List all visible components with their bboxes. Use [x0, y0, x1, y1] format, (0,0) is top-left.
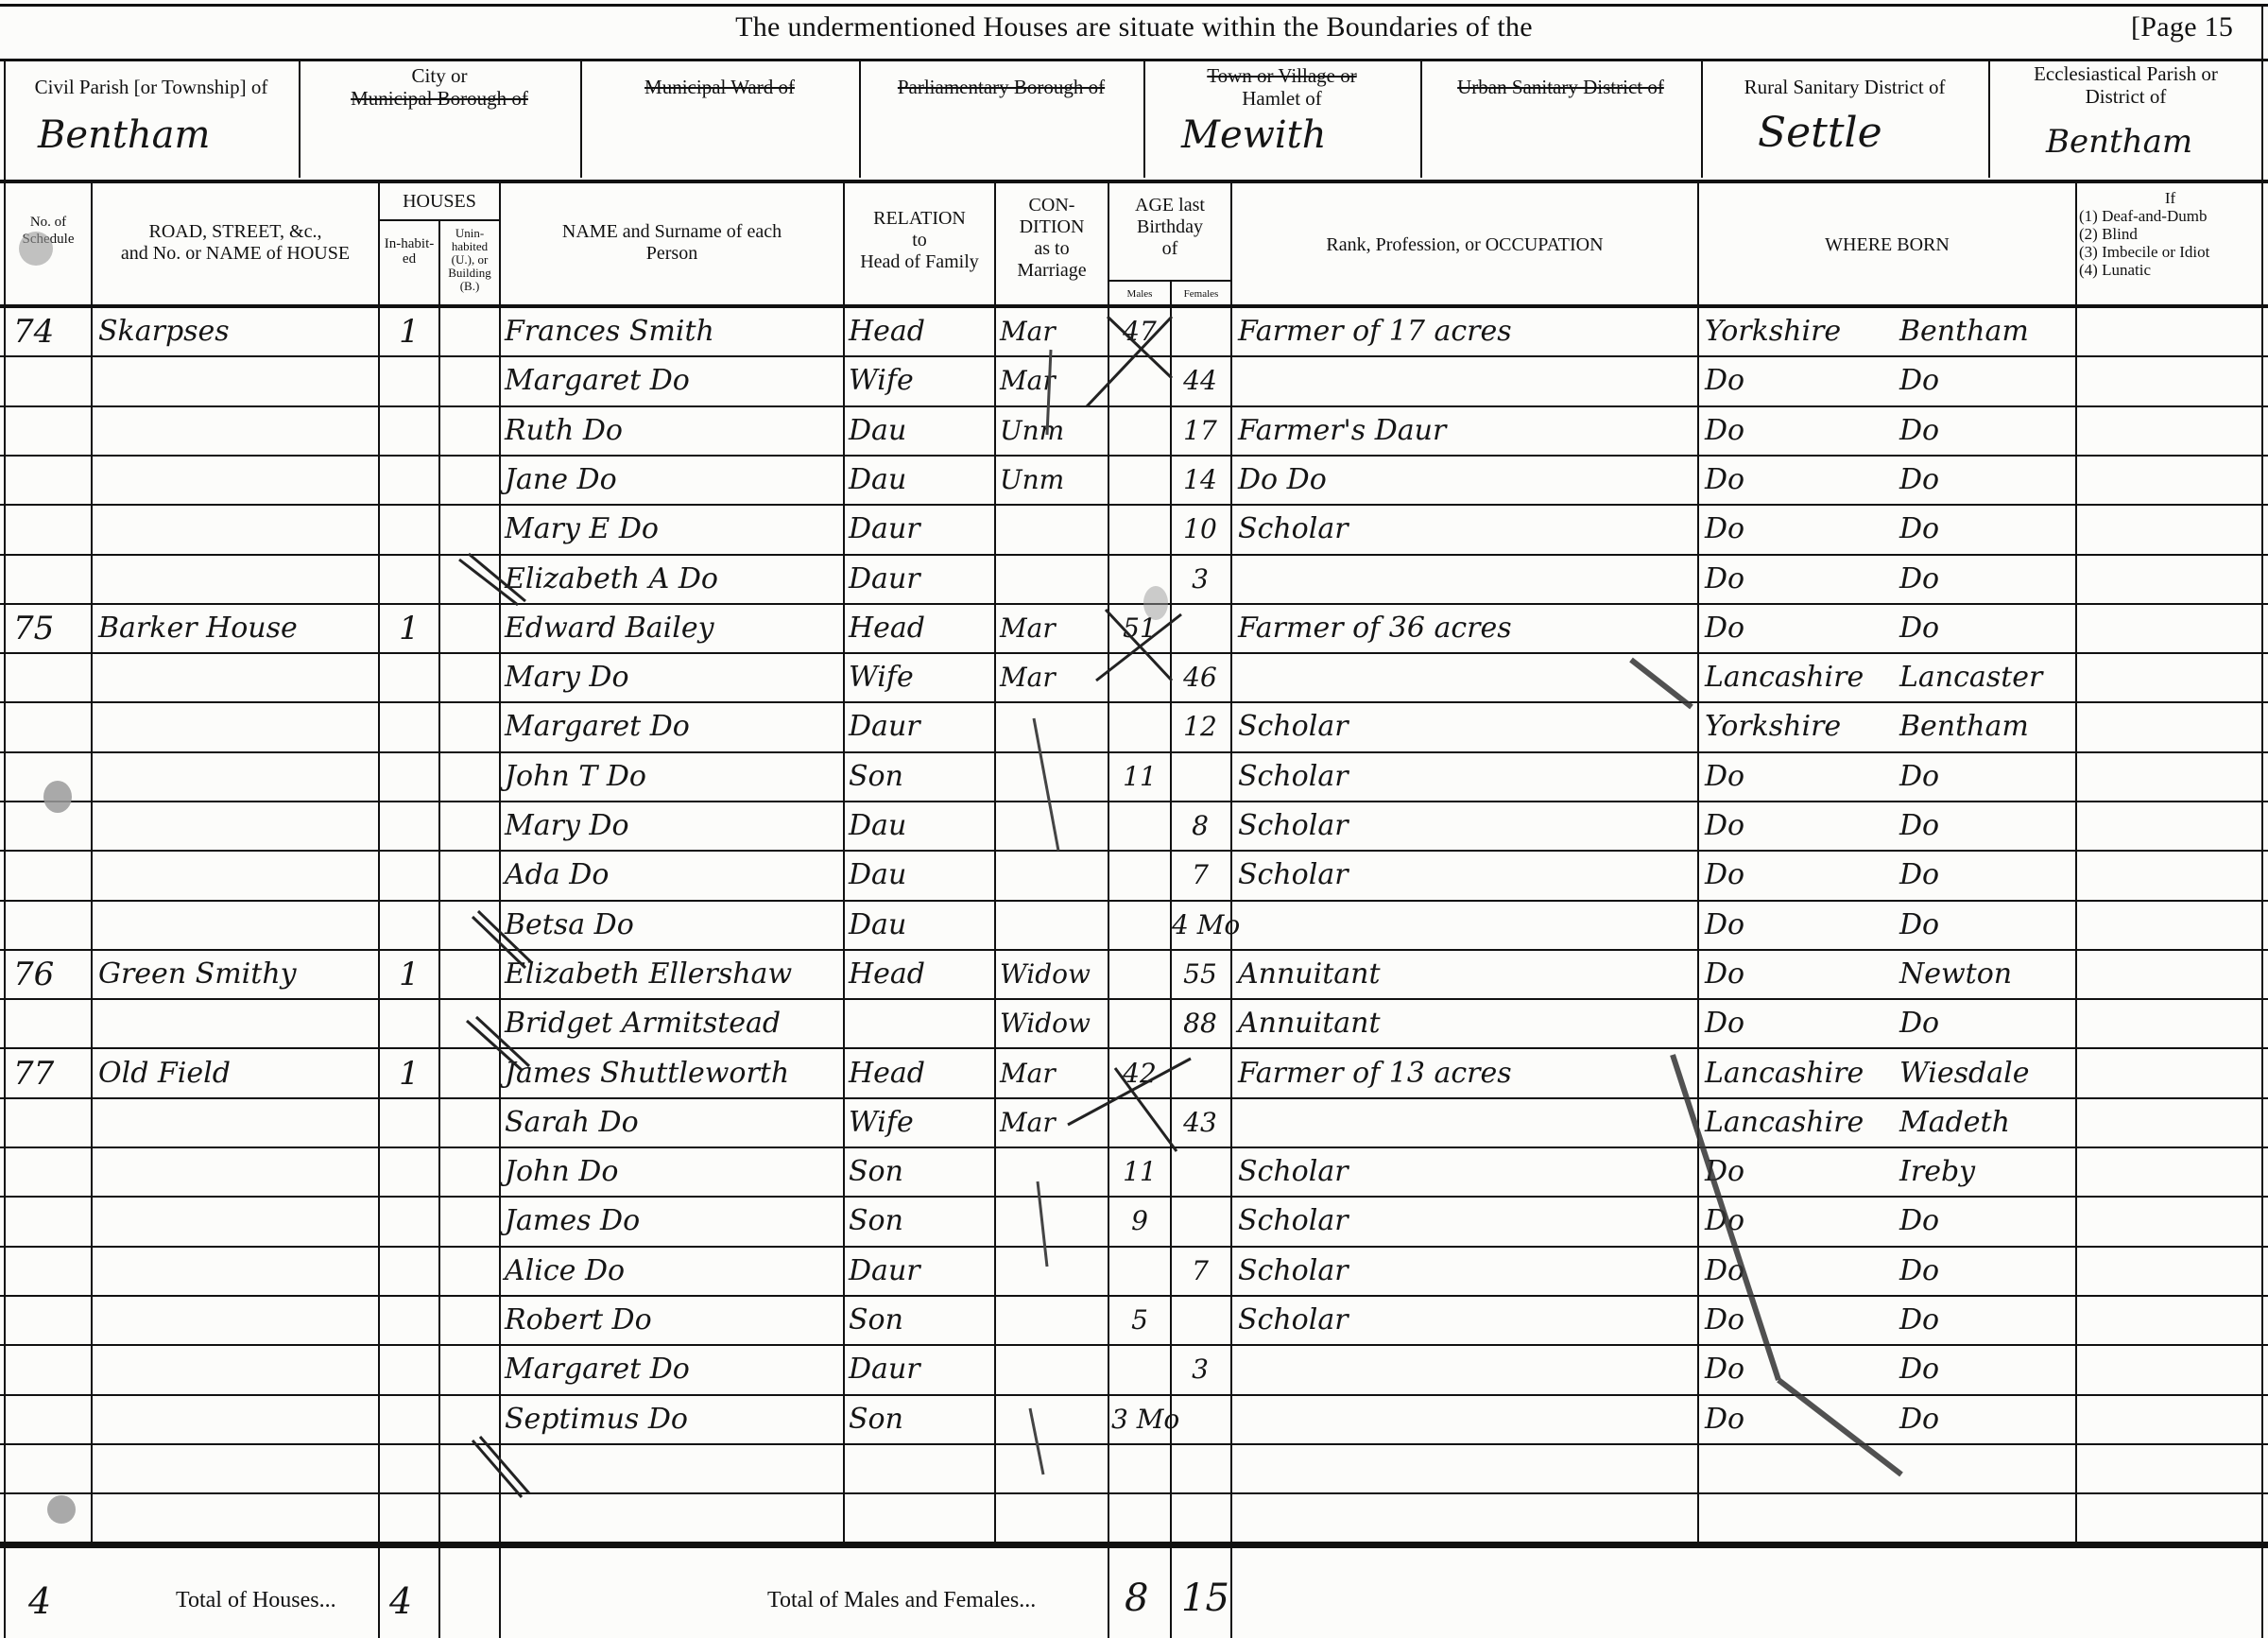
annotation-strokes — [0, 0, 2268, 1638]
census-page: The undermentioned Houses are situate wi… — [0, 0, 2268, 1638]
